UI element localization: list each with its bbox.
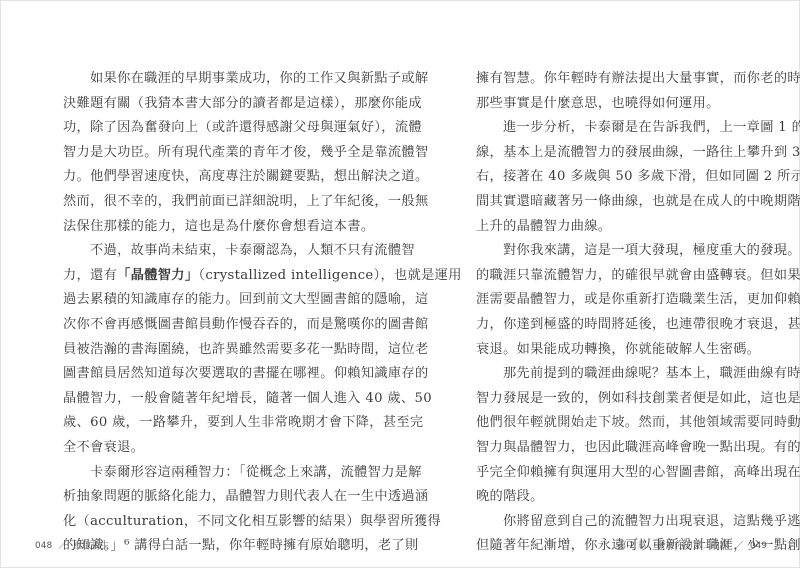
left-page: 如果你在職涯的早期事業成功，你的工作又與新點子或解 決難題有關（我猜本書大部分的… [1, 1, 401, 567]
text-line: 智力發展是一致的，例如科技創業者便是如此，這也是為什麼 [476, 387, 756, 412]
text-line: 卡泰爾形容這兩種智力：「從概念上來講，流體智力是解 [63, 461, 345, 486]
right-page-footer: 第 2 章發展你的第二曲線／049 [617, 538, 767, 551]
text-line: 對你我來講，這是一項大發現，極度重大的發現。如果你 [476, 239, 756, 264]
text-line: 然而，很不幸的，我們前面已詳細說明，上了年紀後，一般無 [63, 190, 345, 215]
text-line: 智力是大功臣。所有現代產業的青年才俊，幾乎全是靠流體智 [63, 141, 345, 166]
footer-separator: ／ [735, 541, 744, 551]
text-line: 線，基本上是流體智力的發展曲線，一路往上攀升到 35 歲左 [476, 141, 756, 166]
text-line: 如果你在職涯的早期事業成功，你的工作又與新點子或解 [63, 67, 345, 92]
text-line: 決難題有關（我猜本書大部分的讀者都是這樣），那麼你能成 [63, 92, 345, 117]
bold-term: 「晶體智力」 [117, 268, 198, 283]
text-line: 擁有智慧。你年輕時有辦法提出大量事實，而你老的時候知道 [476, 67, 756, 92]
text-line: 乎完全仰賴擁有與運用大型的心智圖書館，高峰出現在人生很 [476, 461, 756, 486]
text-line: 晚的階段。 [476, 485, 756, 510]
text-line: 進一步分析，卡泰爾是在告訴我們，上一章圖 1 的成功曲 [476, 116, 756, 141]
left-page-body: 如果你在職涯的早期事業成功，你的工作又與新點子或解 決難題有關（我猜本書大部分的… [63, 67, 345, 559]
text-line: 次你不會再感慨圖書館員動作慢吞吞的，而是驚嘆你的圖書館 [63, 313, 345, 338]
text-line: 那先前提到的職涯曲線呢？基本上，職涯曲線有時和流體 [476, 362, 756, 387]
text-line: 間其實還暗藏著另一條曲線，也就是在成人的中晚期階段持續 [476, 190, 756, 215]
text-line: 你將留意到自己的流體智力出現衰退，這點幾乎逃不過， [476, 510, 756, 535]
footer-separator: ／ [58, 541, 67, 551]
text-line: 晶體智力，一般會隨著年紀增長，隨著一個人進入 40 歲、50 [63, 387, 345, 412]
left-page-footer: 048／重啟人生 [35, 538, 109, 551]
right-page-body: 擁有智慧。你年輕時有辦法提出大量事實，而你老的時候知道 那些事實是什麼意思，也曉… [476, 67, 756, 559]
text-line: 歲、60 歲，一路攀升，要到人生非常晚期才會下降，甚至完 [63, 411, 345, 436]
text-line: 的職涯只靠流體智力，的確很早就會由盛轉衰。但如果你的職 [476, 264, 756, 289]
book-spread: 如果你在職涯的早期事業成功，你的工作又與新點子或解 決難題有關（我猜本書大部分的… [0, 0, 800, 568]
text-line: 員被浩瀚的書海圍繞，也許異雖然需要多花一點時間，這位老 [63, 338, 345, 363]
text-line: 他們很年輕就開始走下坡。然而，其他領域需要同時動用流體 [476, 411, 756, 436]
book-title: 重啟人生 [73, 541, 109, 551]
page-number: 049 [750, 541, 767, 551]
text-line: 化（acculturation，不同文化相互影響的結果）與學習所獲得 [63, 510, 345, 535]
text-line: 力。他們學習速度快，高度專注於關鍵要點，想出解決之道。 [63, 165, 345, 190]
text-span: 力，還有 [63, 268, 117, 283]
chapter-label: 第 2 章 [617, 541, 646, 551]
text-line: 右，接著在 40 多歲與 50 多歲下滑，但如同圖 2 所示，同一時 [476, 165, 756, 190]
text-line: 智力與晶體智力，也因此職涯高峰會晚一點出現。有的職涯幾 [476, 436, 756, 461]
text-line: 全不會衰退。 [63, 436, 345, 461]
text-line: 圖書館員居然知道每次要選取的書擺在哪裡。仰賴知識庫存的 [63, 362, 345, 387]
text-line: 上升的晶體智力曲線。 [476, 215, 756, 240]
right-page: 擁有智慧。你年輕時有辦法提出大量事實，而你老的時候知道 那些事實是什麼意思，也曉… [401, 1, 799, 567]
text-line: 那些事實是什麼意思，也曉得如何運用。 [476, 92, 756, 117]
text-line: 功，除了因為奮發向上（或許還得感謝父母與運氣好），流體 [63, 116, 345, 141]
chapter-title: 發展你的第二曲線 [657, 541, 729, 551]
text-line: 力，你達到極盛的時間將延後，也連帶很晚才衰退，甚至不會 [476, 313, 756, 338]
page-number: 048 [35, 541, 52, 551]
text-line: 不過，故事尚未結束，卡泰爾認為，人類不只有流體智 [63, 239, 345, 264]
text-line: 衰退。如果能成功轉換，你就能破解人生密碼。 [476, 338, 756, 363]
text-line: 力，還有「晶體智力」（crystallized intelligence），也就… [63, 264, 345, 289]
text-line: 法保住那樣的能力，這也是為什麼你會想看這本書。 [63, 215, 345, 240]
text-line: 析抽象問題的脈絡化能力，晶體智力則代表人在一生中透過涵 [63, 485, 345, 510]
text-line: 涯需要晶體智力，或是你重新打造職業生活，更加仰賴晶體智 [476, 288, 756, 313]
text-line: 過去累積的知識庫存的能力。回到前文大型圖書館的隱喻，這 [63, 288, 345, 313]
